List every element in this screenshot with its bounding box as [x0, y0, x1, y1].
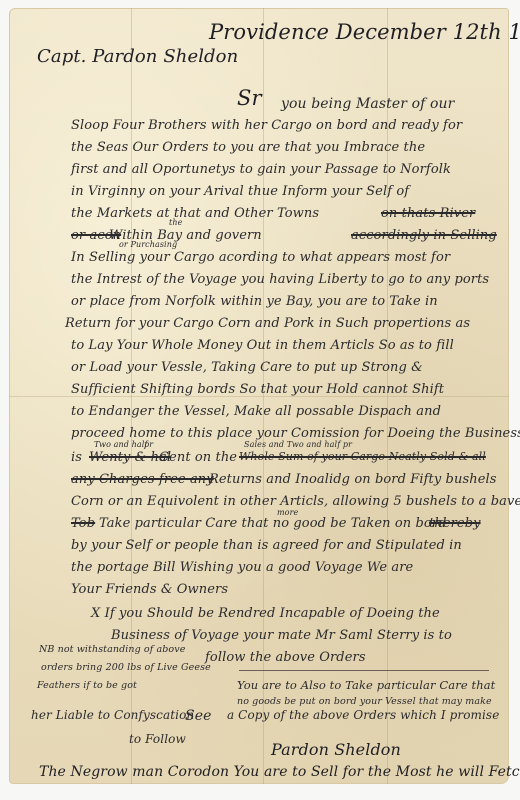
- margin-note: NB not withstanding of above: [39, 644, 185, 655]
- addressee: Capt. Pardon Sheldon: [37, 46, 238, 67]
- body-line: first and all Oportunetys to gain your P…: [71, 162, 451, 177]
- body-line: the Markets at that and Other Towns: [71, 206, 319, 221]
- body-line: you being Master of our: [281, 96, 454, 112]
- postscript-line: to Follow: [129, 732, 186, 746]
- body-line: Returns and Inoalidg on bord Fifty bushe…: [209, 472, 497, 487]
- see-mark: See: [185, 708, 211, 724]
- body-line: Sloop Four Brothers with her Cargo on bo…: [71, 118, 462, 133]
- struck-text: on thats River: [381, 206, 475, 221]
- body-line: is: [71, 450, 82, 465]
- body-line: in Virginny on your Arival thue Inform y…: [71, 184, 409, 199]
- postscript-line: her Liable to Confyscation: [31, 708, 194, 722]
- body-line: or place from Norfolk within ye Bay, you…: [71, 294, 438, 309]
- footer-note: The Negrow man Corodon You are to Sell f…: [39, 764, 520, 780]
- salutation: Sr: [237, 86, 262, 110]
- postscript-line: a Copy of the above Orders which I promi…: [227, 708, 499, 722]
- body-line: Cent on the: [159, 450, 237, 465]
- body-line: Corn or an Equivolent in other Articls, …: [71, 494, 520, 509]
- place-date: Providence December 12th 1763: [209, 20, 520, 44]
- interlineation: the: [169, 218, 182, 227]
- struck-text: accordingly in Selling: [351, 228, 497, 243]
- body-line: the portage Bill Wishing you a good Voya…: [71, 560, 413, 575]
- divider-line: [239, 670, 489, 671]
- struck-text: Whole Sum of your Cargo Neatly Sold & al…: [239, 450, 486, 463]
- struck-text: Tob: [71, 516, 95, 531]
- struck-text: thereby: [429, 516, 481, 531]
- interlineation: Sales and Two and half pr: [244, 440, 352, 449]
- body-line: Take particular Care that no good be Tak…: [99, 516, 447, 531]
- body-line: to Lay Your Whole Money Out in them Arti…: [71, 338, 454, 353]
- body-line: Business of Voyage your mate Mr Saml Ste…: [111, 628, 452, 643]
- body-line: to Endanger the Vessel, Make all possabl…: [71, 404, 441, 419]
- signature: Pardon Sheldon: [271, 740, 401, 759]
- body-line: proceed home to this place your Comissio…: [71, 426, 520, 441]
- manuscript-page: Providence December 12th 1763 Capt. Pard…: [9, 8, 509, 784]
- postscript-line: You are to Also to Take particular Care …: [237, 678, 495, 692]
- closing: Your Friends & Owners: [71, 582, 228, 597]
- struck-text: any Charges free any: [71, 472, 214, 487]
- margin-note: orders bring 200 lbs of Live Geese: [41, 662, 211, 673]
- body-line: X If you Should be Rendred Incapable of …: [91, 606, 440, 621]
- body-line: or Load your Vessle, Taking Care to put …: [71, 360, 423, 375]
- body-line: follow the above Orders: [205, 650, 366, 665]
- interlineation: or Purchasing: [119, 240, 177, 249]
- interlineation: Two and half: [94, 440, 148, 449]
- interlineation: pr: [144, 440, 153, 449]
- body-line: by your Self or people than is agreed fo…: [71, 538, 462, 553]
- body-line: In Selling your Cargo acording to what a…: [71, 250, 450, 265]
- body-line: the Seas Our Orders to you are that you …: [71, 140, 425, 155]
- body-line: the Intrest of the Voyage you having Lib…: [71, 272, 489, 287]
- body-line: Sufficient Shifting bords So that your H…: [71, 382, 444, 397]
- postscript-line: no goods be put on bord your Vessel that…: [237, 696, 492, 707]
- margin-note: Feathers if to be got: [37, 680, 137, 691]
- body-line: Return for your Cargo Corn and Pork in S…: [65, 316, 470, 331]
